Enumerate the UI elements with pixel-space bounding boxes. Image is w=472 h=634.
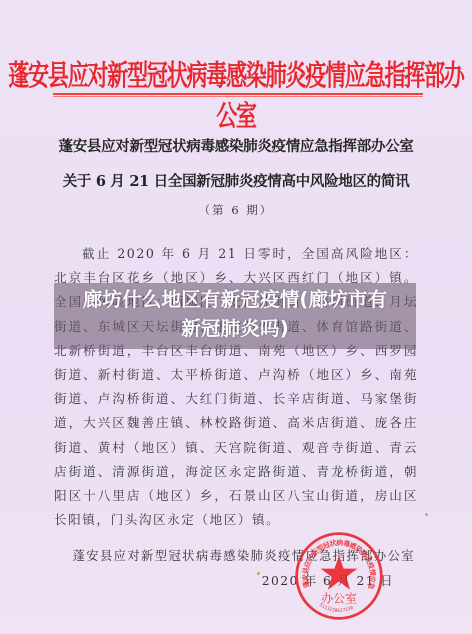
caption-line1: 廊坊什么地区有新冠疫情(廊坊市有	[54, 285, 416, 314]
letterhead-divider	[53, 93, 423, 97]
document-title-line1: 蓬安县应对新型冠状病毒感染肺炎疫情应急指挥部办公室	[0, 135, 472, 156]
document-title-line2: 关于 6 月 21 日全国新冠肺炎疫情高中风险地区的简讯	[0, 170, 472, 191]
issue-number: （第 6 期）	[0, 202, 472, 218]
caption-line2: 新冠肺炎吗)	[54, 314, 416, 343]
paper-speck	[257, 572, 260, 575]
paper-speck	[425, 513, 428, 516]
caption-overlay: 廊坊什么地区有新冠疫情(廊坊市有 新冠肺炎吗)	[54, 285, 416, 343]
seal-center-text: 办公室	[321, 591, 357, 606]
official-seal-icon: 蓬安县应对新型冠状病毒感染肺炎疫情应急指挥部 办公室 5113230617210	[293, 530, 385, 622]
